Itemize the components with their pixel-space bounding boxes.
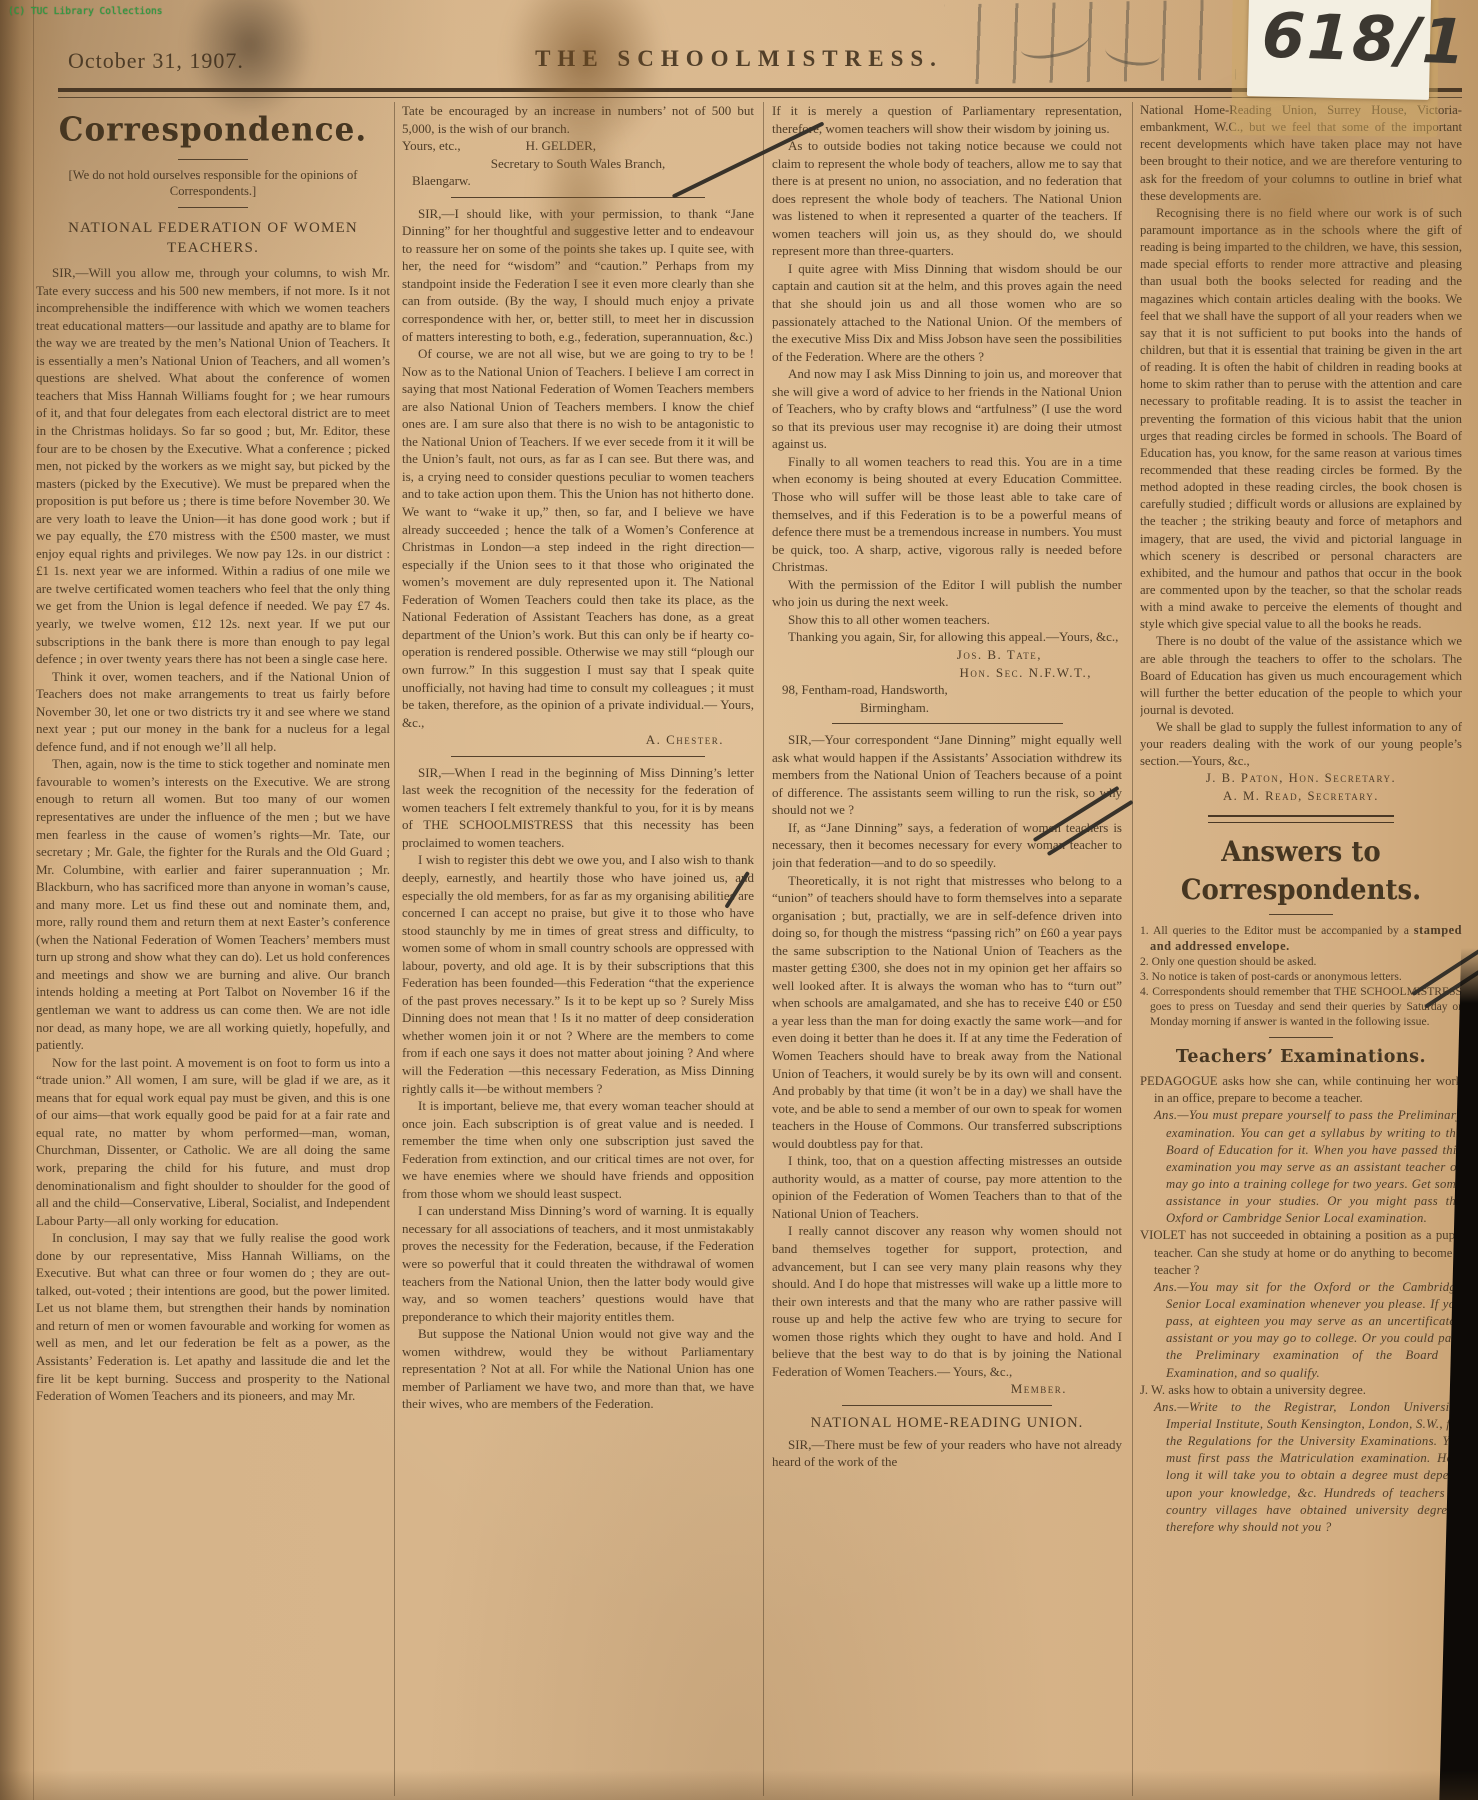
article-p: I think, too, that on a question affecti…	[772, 1152, 1122, 1222]
article-p: Thanking you again, Sir, for allowing th…	[772, 628, 1122, 646]
article-p: Then, again, now is the time to stick to…	[36, 755, 390, 1053]
column-divider	[763, 102, 764, 1796]
article-p: SIR,—I should like, with your permission…	[402, 205, 754, 345]
article-blackhead: Correspondence.	[36, 109, 390, 153]
article-p: SIR,—Your correspondent “Jane Dinning” m…	[772, 731, 1122, 819]
page-number: 69	[1398, 58, 1417, 80]
article-p: I really cannot discover any reason why …	[772, 1222, 1122, 1380]
article-p: SIR,—When I read in the beginning of Mis…	[402, 764, 754, 852]
article-p: Theoretically, it is not right that mist…	[772, 872, 1122, 1153]
article-blackhead2: Answers to Correspondents.	[1140, 834, 1462, 910]
article-p: We shall be glad to supply the fullest i…	[1140, 719, 1462, 770]
article-addr: Blaengarw.	[412, 172, 754, 190]
article-q: J. W. asks how to obtain a university de…	[1140, 1382, 1462, 1399]
header-rule-thick	[58, 88, 1462, 92]
article-pc: Secretary to South Wales Branch,	[402, 155, 754, 173]
article-p: SIR,—There must be few of your readers w…	[772, 1436, 1122, 1471]
article-sig: J. B. Paton, Hon. Secretary.	[1140, 770, 1462, 787]
article-p: It is important, believe me, that every …	[402, 1097, 754, 1202]
text-column-4: National Home-Reading Union, Surrey Hous…	[1140, 102, 1462, 1798]
section-rule	[451, 756, 704, 757]
text-column-3: If it is merely a question of Parliament…	[772, 102, 1122, 1798]
article-p: And now may I ask Miss Dinning to join u…	[772, 365, 1122, 453]
article-pc: If it is merely a question of Parliament…	[772, 102, 1122, 137]
paper-crease	[33, 0, 34, 1800]
article-sig: Hon. Sec. N.F.W.T.,	[772, 664, 1092, 682]
article-p: With the permission of the Editor I will…	[772, 576, 1122, 611]
article-p: Of course, we are not all wise, but we a…	[402, 345, 754, 731]
article-small: 2. Only one question should be asked.	[1140, 954, 1462, 969]
article-subhead: Teachers’ Examinations.	[1140, 1046, 1462, 1070]
article-p: SIR,—Will you allow me, through your col…	[36, 264, 390, 668]
header-rule-thin	[58, 97, 1462, 98]
page-header: October 31, 1907. THE SCHOOLMISTRESS. 69	[0, 0, 1478, 100]
article-a: Ans.—You may sit for the Oxford or the C…	[1140, 1279, 1462, 1382]
article-sig: Member.	[772, 1380, 1067, 1398]
article-a: Ans.—You must prepare yourself to pass t…	[1140, 1107, 1462, 1227]
article-p: I quite agree with Miss Dinning that wis…	[772, 260, 1122, 365]
article-small: 1. All queries to the Editor must be acc…	[1140, 922, 1462, 954]
article-p: Show this to all other women teachers.	[772, 611, 1122, 629]
article-small: 3. No notice is taken of post-cards or a…	[1140, 969, 1462, 984]
text-column-2: Tate be encouraged by an increase in num…	[402, 102, 754, 1798]
article-sig: A. Chester.	[402, 731, 724, 749]
article-headline2: NATIONAL HOME-READING UNION.	[772, 1414, 1122, 1434]
article-p: I can understand Miss Dinning’s word of …	[402, 1202, 754, 1325]
masthead-title: THE SCHOOLMISTRESS.	[0, 46, 1478, 72]
article-p: Think it over, women teachers, and if th…	[36, 668, 390, 756]
article-p: There is no doubt of the value of the as…	[1140, 633, 1462, 719]
section-rule	[1208, 815, 1395, 823]
article-q: PEDAGOGUE asks how she can, while contin…	[1140, 1073, 1462, 1107]
article-addr: 98, Fentham-road, Handsworth,	[782, 681, 1122, 699]
article-p: In conclusion, I may say that we fully r…	[36, 1229, 390, 1404]
article-a: Ans.—Write to the Registrar, London Univ…	[1140, 1399, 1462, 1536]
article-addr2: Birmingham.	[860, 699, 1122, 717]
article-small: 4. Correspondents should remember that T…	[1140, 984, 1462, 1029]
newspaper-page: October 31, 1907. THE SCHOOLMISTRESS. 69…	[0, 0, 1478, 1800]
text-column-1: Correspondence.[We do not hold ourselves…	[36, 102, 390, 1798]
article-sigrow: Yours, etc., H. GELDER,	[402, 137, 754, 155]
article-p: If, as “Jane Dinning” says, a federation…	[772, 819, 1122, 872]
section-rule	[451, 197, 704, 198]
article-q: VIOLET has not succeeded in obtaining a …	[1140, 1227, 1462, 1278]
section-rule	[178, 207, 249, 208]
article-p: Now for the last point. A movement is on…	[36, 1054, 390, 1229]
paper-left-edge-shadow	[0, 0, 34, 1800]
article-p: As to outside bodies not taking notice b…	[772, 137, 1122, 260]
article-note: [We do not hold ourselves responsible fo…	[42, 167, 384, 200]
article-p: But suppose the National Union would not…	[402, 1325, 754, 1413]
section-rule	[832, 723, 1063, 724]
section-rule	[178, 159, 249, 160]
section-rule	[1269, 1037, 1333, 1038]
article-sig: A. M. Read, Secretary.	[1140, 788, 1462, 805]
article-pc: National Home-Reading Union, Surrey Hous…	[1140, 102, 1462, 205]
section-rule	[842, 1405, 1052, 1406]
article-p: Finally to all women teachers to read th…	[772, 453, 1122, 576]
article-p: Recognising there is no field where our …	[1140, 205, 1462, 634]
article-headline: NATIONAL FEDERATION OF WOMEN TEACHERS.	[36, 218, 390, 259]
column-divider	[394, 102, 395, 1796]
section-rule	[1269, 914, 1333, 915]
article-sig: Jos. B. Tate,	[772, 646, 1042, 664]
column-divider	[1132, 102, 1133, 1796]
article-pc: Tate be encouraged by an increase in num…	[402, 102, 754, 137]
article-p: I wish to register this debt we owe you,…	[402, 851, 754, 1097]
